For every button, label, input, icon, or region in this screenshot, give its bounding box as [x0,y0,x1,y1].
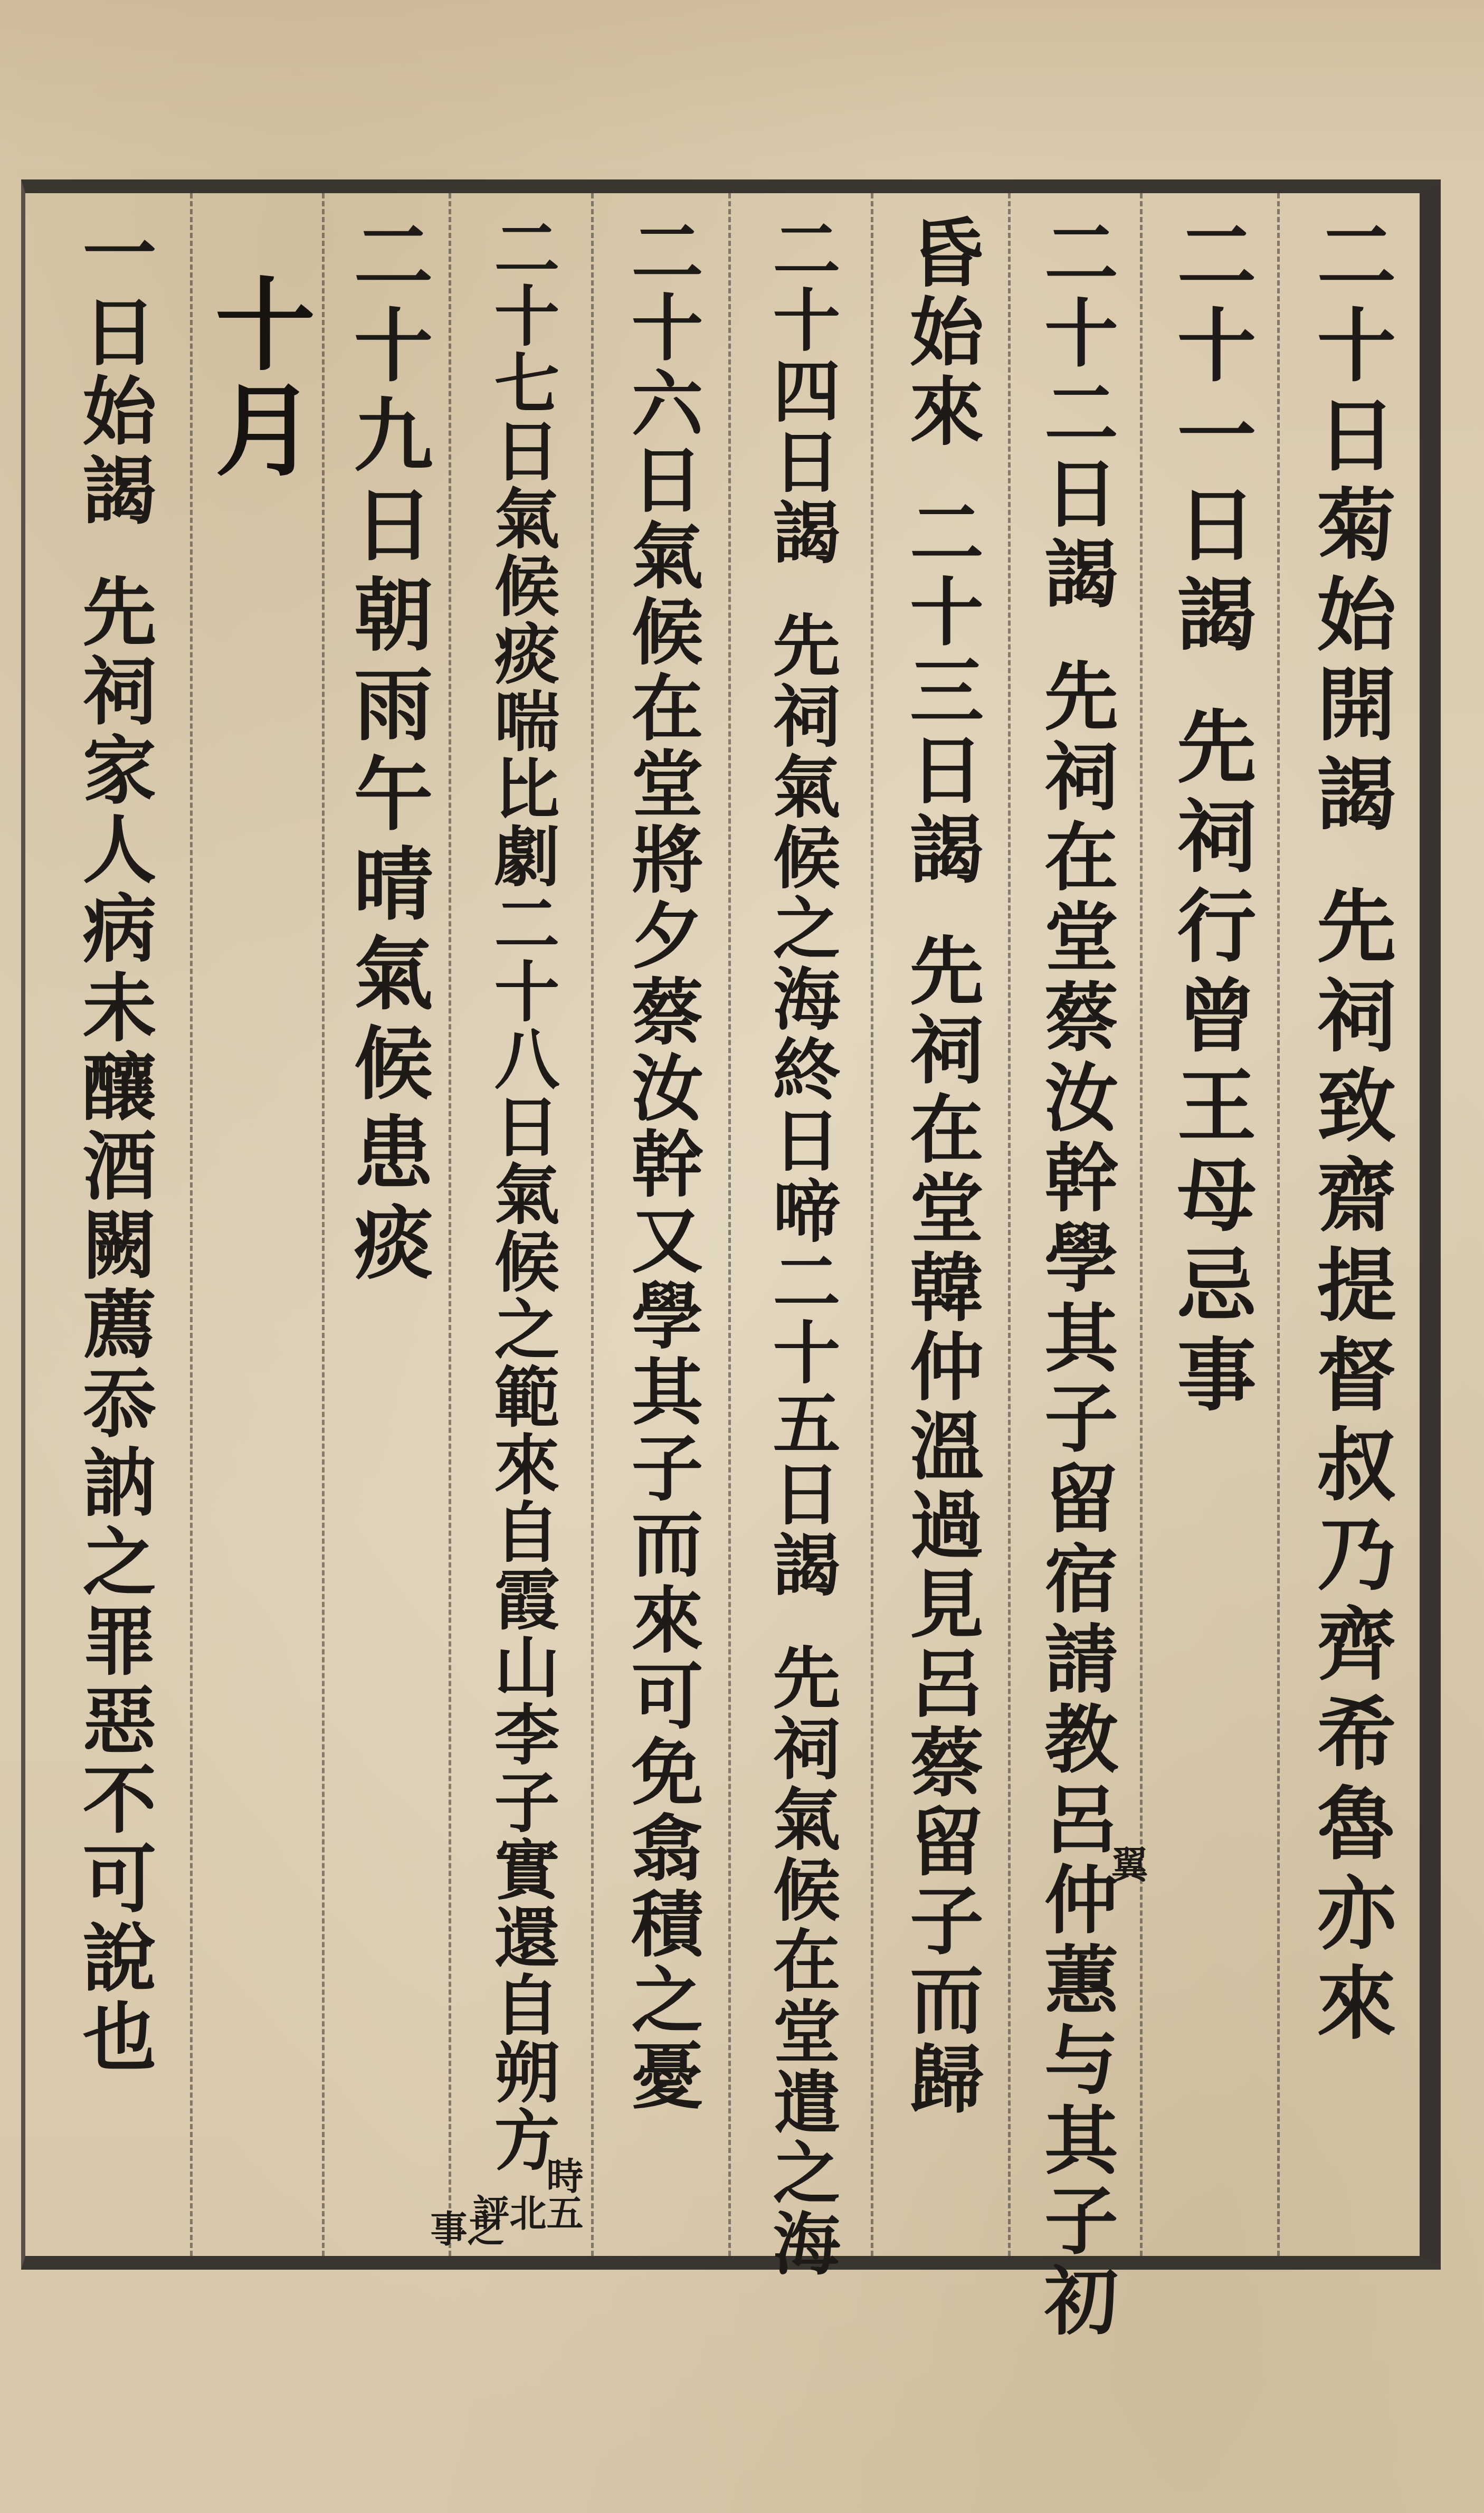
entry-continuation: 昏始來 [898,214,984,452]
entry-date-heading: 二十四日謁 [762,214,841,568]
column-day-21: 二十一日謁先祠行曾王母忌事 [1140,193,1277,2256]
entry-body: 先祠在堂蔡汝幹學其子留宿請教呂仲蕙与其子初 [1032,658,1119,2343]
entry-date-heading: 二十五日謁 [762,1247,841,1600]
entry-date-heading: 二十日菊始開謁 [1304,214,1396,842]
interlinear-correction-note: 翼 [1108,1845,1145,1882]
column-day-23: 昏始來二十三日謁先祠在堂韓仲溫過見呂蔡留子而歸 [871,193,1008,2256]
entry-body: 先祠家人病未釀酒闕薦忝訥之罪惡不可說也 [70,573,157,2078]
column-day-22: 二十二日謁先祠在堂蔡汝幹學其子留宿請教呂仲蕙与其子初 翼 [1008,193,1140,2256]
entry-date-heading: 一日始謁 [70,214,157,531]
entry-body: 先祠氣候之海終日啼 [762,610,841,1247]
column-day-26: 二十六日氣候在堂將夕蔡汝幹又學其子而來可免翕積之憂 [591,193,728,2256]
entry-body: 先祠致齋提督叔乃齊希魯亦來 [1304,885,1396,2051]
column-day-24-25: 二十四日謁先祠氣候之海終日啼二十五日謁先祠氣候在堂遣之海 [728,193,871,2256]
entry-body: 先祠在堂韓仲溫過見呂蔡留子而歸 [898,932,984,2120]
entry-body: 先祠氣候在堂遣之海 [762,1643,841,2279]
month-heading: 十月 [185,272,329,483]
top-margin [0,0,1484,169]
column-month-header: 十月 [190,193,322,2256]
entry-body: 先祠行曾王母忌事 [1164,705,1257,1423]
entry-date-heading: 二十三日謁 [898,494,984,890]
entry-date-heading: 二十二日謁 [1032,214,1119,615]
column-day-27-28: 二十七日氣候痰喘比劇二十八日氣候之範來自霞山李子實還自朔方 時五 北評 之事 [449,193,591,2256]
text-columns: 二十日菊始開謁先祠致齋提督叔乃齊希魯亦來 二十一日謁先祠行曾王母忌事 二十二日謁… [25,193,1420,2256]
entry-body: 二十七日氣候痰喘比劇 [483,214,560,890]
entry-date-heading: 二十一日謁 [1164,214,1257,663]
entry-body: 二十八日氣候之範來自霞山李子實還自朔方 [483,890,560,2174]
column-day-29: 二十九日朝雨午晴氣候患痰 [322,193,449,2256]
column-day-20: 二十日菊始開謁先祠致齋提督叔乃齊希魯亦來 [1277,193,1420,2256]
entry-body: 二十九日朝雨午晴氣候患痰 [340,214,433,1291]
column-month10-day1: 一日始謁先祠家人病未釀酒闕薦忝訥之罪惡不可說也 [37,193,190,2256]
entry-body: 二十六日氣候在堂將夕蔡汝幹又學其子而來可免翕積之憂 [619,214,703,2114]
interlinear-note-1: 時五 [544,2157,581,2231]
